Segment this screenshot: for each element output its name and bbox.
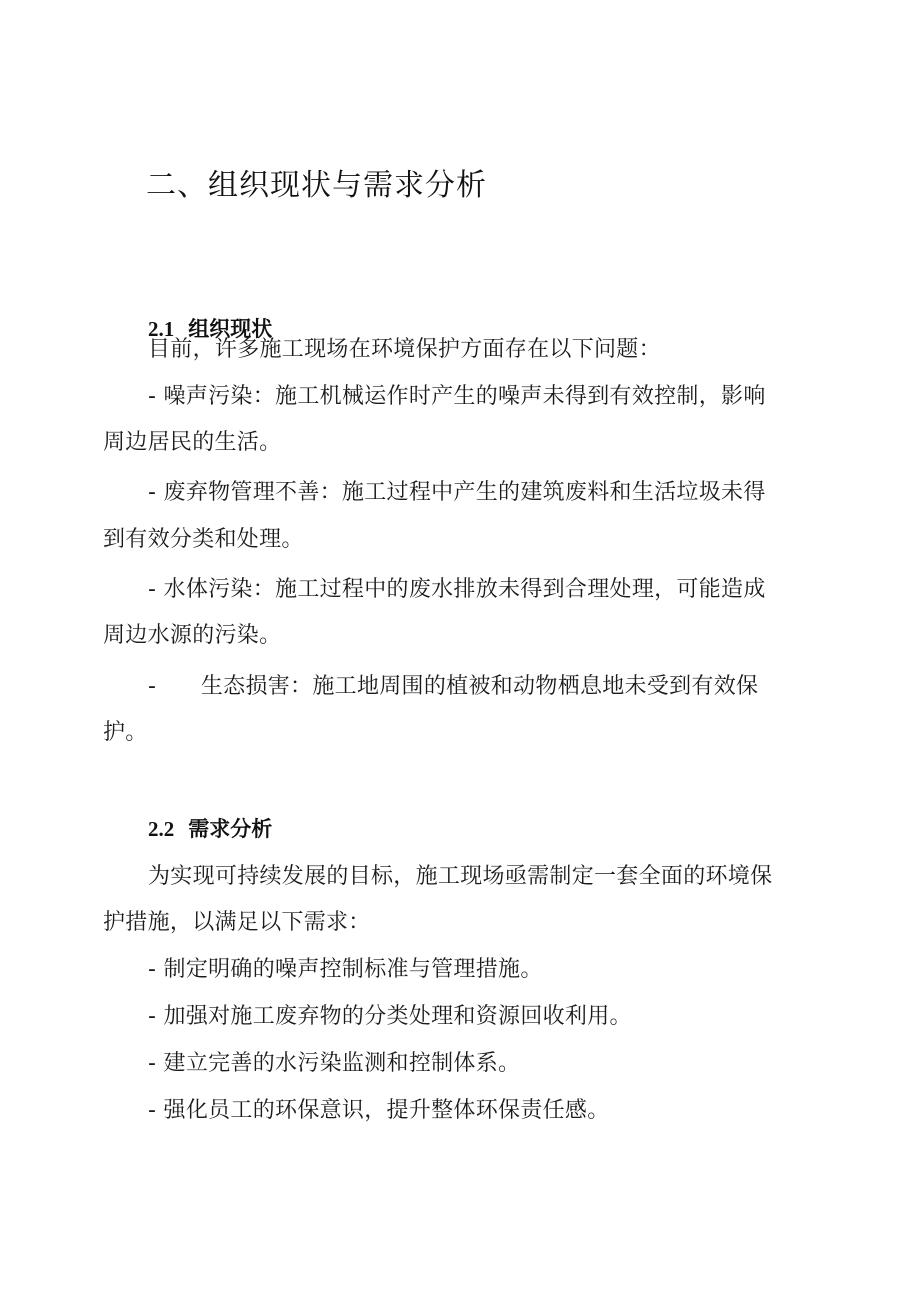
document-page: 二、组织现状与需求分析 2.1组织现状 目前，许多施工现场在环境保护方面存在以下… [0,0,920,1301]
issue-item-ecology: - 生态损害：施工地周围的植被和动物栖息地未受到有效保 [148,672,758,702]
issue-item-waste: - 废弃物管理不善：施工过程中产生的建筑废料和生活垃圾未得 [148,478,766,508]
chapter-title: 二、组织现状与需求分析 [146,166,487,206]
section-number: 2.2 [148,817,174,841]
issue-item-ecology-cont: 护。 [103,718,148,748]
need-item-waste: - 加强对施工废弃物的分类处理和资源回收利用。 [148,1002,632,1032]
issue-item-water: - 水体污染：施工过程中的废水排放未得到合理处理，可能造成 [148,575,766,605]
section1-intro: 目前，许多施工现场在环境保护方面存在以下问题： [148,335,661,365]
need-item-water: - 建立完善的水污染监测和控制体系。 [148,1049,520,1079]
section2-intro: 为实现可持续发展的目标，施工现场亟需制定一套全面的环境保 [148,862,772,892]
need-item-awareness: - 强化员工的环保意识，提升整体环保责任感。 [148,1096,610,1126]
section2-intro-cont: 护措施，以满足以下需求： [103,908,371,938]
issue-item-waste-cont: 到有效分类和处理。 [103,525,304,555]
need-item-noise: - 制定明确的噪声控制标准与管理措施。 [148,955,543,985]
issue-item-noise-cont: 周边居民的生活。 [103,428,281,458]
section-title: 需求分析 [188,816,272,841]
issue-item-water-cont: 周边水源的污染。 [103,621,281,651]
issue-item-noise: - 噪声污染：施工机械运作时产生的噪声未得到有效控制，影响 [148,382,766,412]
section-heading-2-2: 2.2需求分析 [148,814,272,844]
